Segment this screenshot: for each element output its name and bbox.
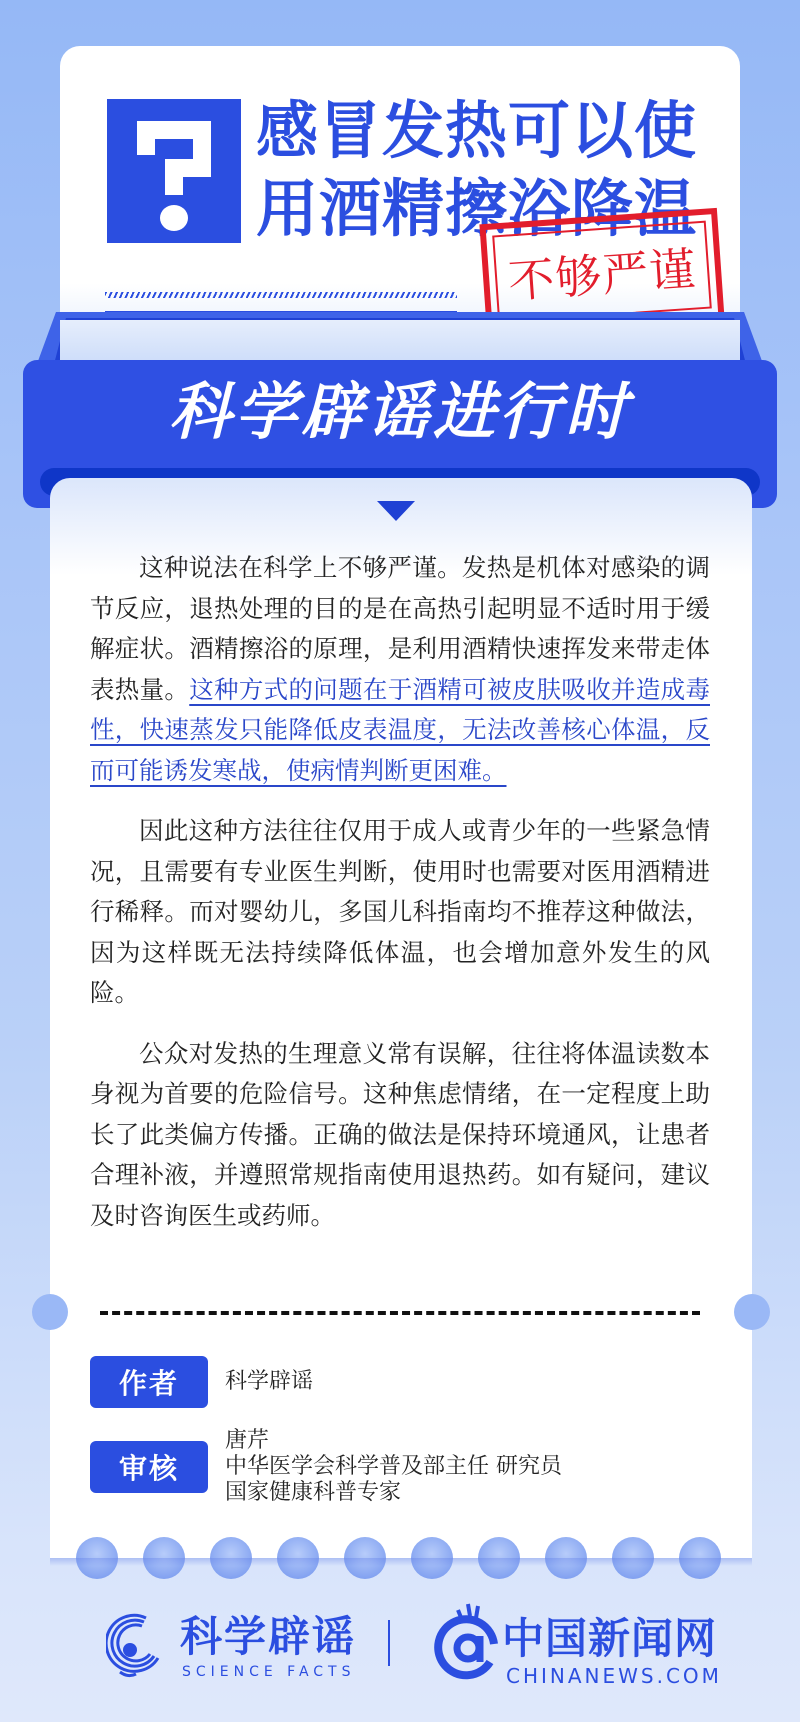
hatched-divider — [105, 292, 457, 298]
science-facts-logo-text: 科学辟谣 — [180, 1612, 356, 1662]
footer-divider — [388, 1620, 390, 1666]
paragraph-1: 这种说法在科学上不够严谨。发热是机体对感染的调节反应，退热处理的目的是在高热引起… — [90, 548, 710, 791]
verdict-stamp-text: 不够严谨 — [492, 221, 712, 324]
chinanews-logo-subtitle: CHINANEWS.COM — [506, 1664, 722, 1688]
ticket-notch-right — [734, 1294, 770, 1330]
dashed-divider — [100, 1311, 700, 1315]
headline-line-1: 感冒发热可以使 — [256, 92, 716, 170]
ticket-notch-left — [32, 1294, 68, 1330]
review-badge: 审核 — [90, 1441, 208, 1493]
author-badge: 作者 — [90, 1356, 208, 1408]
reviewer-role: 国家健康科普专家 — [225, 1480, 562, 1506]
reviewer-name: 唐芹 — [225, 1428, 562, 1454]
banner-title: 科学辟谣进行时 — [23, 372, 777, 452]
science-facts-logo-icon — [106, 1612, 166, 1680]
paragraph-3: 公众对发热的生理意义常有误解，往往将体温读数本身视为首要的危险信号。这种焦虑情绪… — [90, 1034, 710, 1237]
article-body: 这种说法在科学上不够严谨。发热是机体对感染的调节反应，退热处理的目的是在高热引起… — [90, 548, 710, 1256]
chinanews-at-icon — [432, 1600, 502, 1682]
author-value: 科学辟谣 — [225, 1369, 313, 1395]
science-facts-logo-subtitle: SCIENCE FACTS — [182, 1664, 356, 1680]
triangle-down-icon — [377, 501, 415, 521]
card-shadow — [50, 1558, 752, 1566]
review-value: 唐芹 中华医学会科学普及部主任 研究员 国家健康科普专家 — [225, 1428, 562, 1506]
reviewer-title: 中华医学会科学普及部主任 研究员 — [225, 1454, 562, 1480]
question-mark-icon — [107, 99, 241, 243]
chinanews-logo-text: 中国新闻网 — [502, 1614, 717, 1664]
paragraph-2: 因此这种方法往往仅用于成人或青少年的一些紧急情况，且需要有专业医生判断，使用时也… — [90, 811, 710, 1014]
